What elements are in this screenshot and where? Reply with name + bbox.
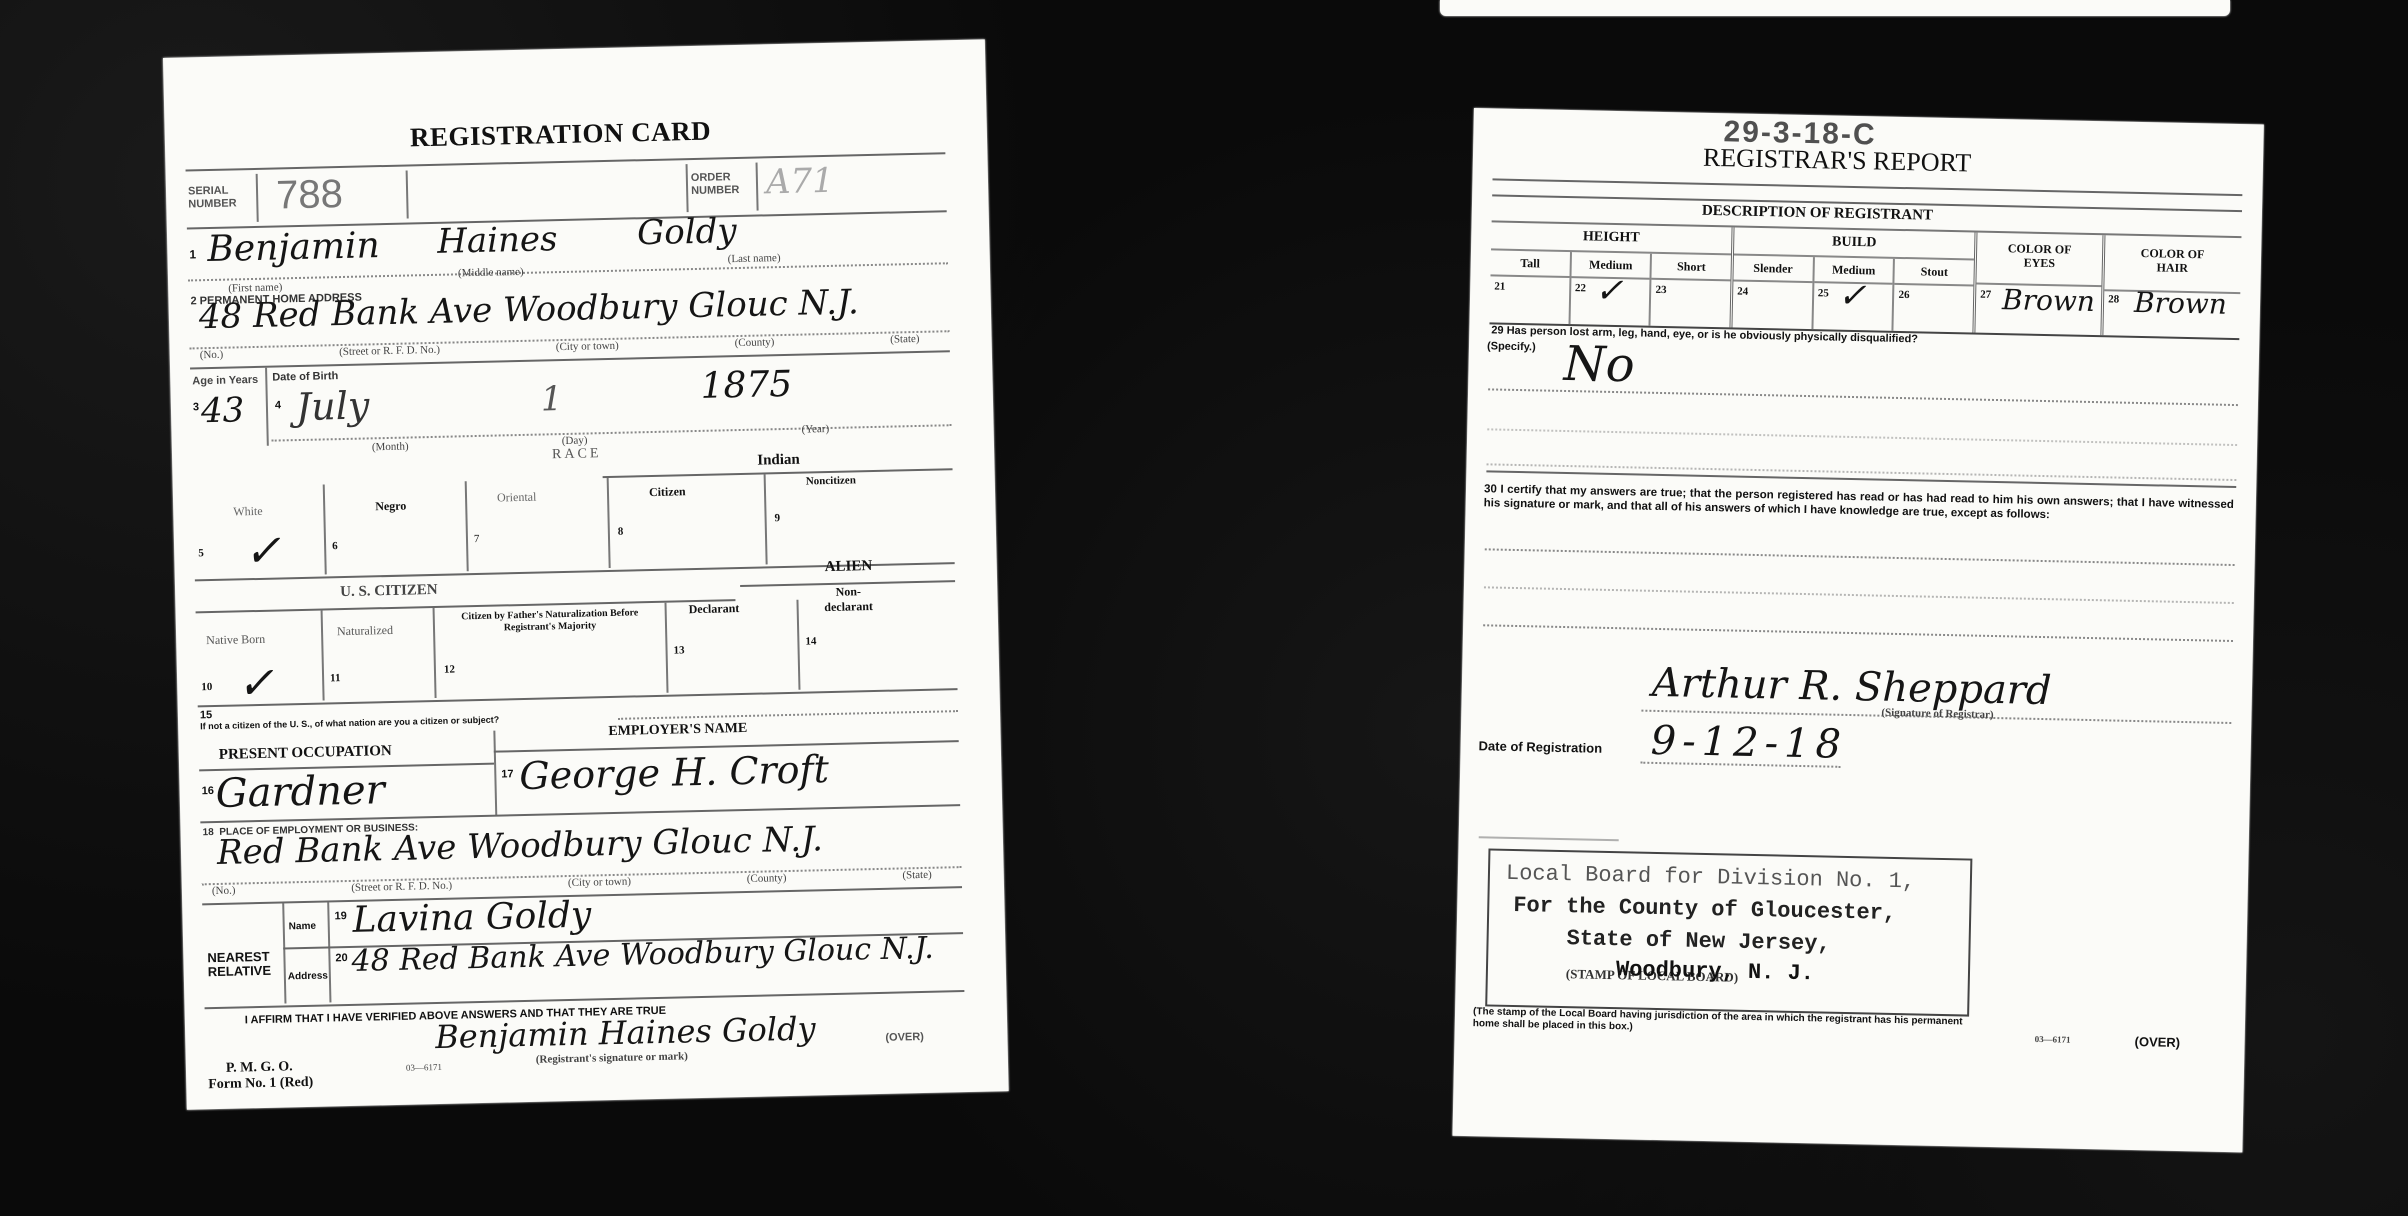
report-subtitle: DESCRIPTION OF REGISTRANT <box>1702 203 1933 225</box>
age-value: 43 <box>201 390 245 431</box>
build-slender: Slender 24 <box>1732 255 1814 329</box>
non-declarant: Non-declarant 14 <box>798 596 957 690</box>
order-number-label: ORDER NUMBER <box>691 171 752 198</box>
specify-label: (Specify.) <box>1487 340 1536 353</box>
registrar-signature: Arthur R. Sheppard <box>1652 660 2052 714</box>
height-medium: Medium 22 ✓ <box>1570 252 1652 326</box>
age-label: Age in Years <box>192 374 258 387</box>
dob-label: Date of Birth <box>272 370 338 383</box>
adjacent-card-edge <box>1440 0 2230 16</box>
native-born: Native Born 10 ✓ <box>196 611 325 704</box>
dob-month: July <box>295 383 369 429</box>
employer-value: George H. Croft <box>519 747 829 798</box>
height-tall: Tall 21 <box>1490 250 1572 324</box>
height-group: HEIGHT Tall 21 Medium 22 ✓ Short 23 <box>1490 222 1735 327</box>
relative-name-label: Name <box>289 921 316 933</box>
last-name-label: (Last name) <box>728 252 781 265</box>
card-title: REGISTRATION CARD <box>410 116 712 154</box>
dob-month-label: (Month) <box>372 441 409 454</box>
print-code: 03—6171 <box>406 1062 442 1073</box>
us-citizen-title: U. S. CITIZEN <box>340 582 438 601</box>
indian-label: Indian <box>757 452 800 470</box>
middle-name: Haines <box>437 219 558 262</box>
race-negro: Negro 6 <box>325 481 469 574</box>
serial-number-value: 788 <box>276 172 344 219</box>
eye-color: COLOR OF EYES 27 Brown <box>1975 233 2105 336</box>
declarant: Declarant 13 <box>666 600 800 693</box>
dob-day: 1 <box>540 379 563 419</box>
form-id-line2: Form No. 1 (Red) <box>208 1075 313 1093</box>
dob-year-label: (Year) <box>801 423 829 436</box>
report-over-label: (OVER) <box>2134 1034 2180 1050</box>
description-table: HEIGHT Tall 21 Medium 22 ✓ Short 23 BUIL… <box>1489 220 2241 340</box>
address-sub-labels: (No.) (Street or R. F. D. No.) (City or … <box>200 333 920 361</box>
order-number-value: A71 <box>766 161 835 203</box>
checkmark: ✓ <box>1837 276 1866 317</box>
report-print-code: 03—6171 <box>2035 1034 2071 1045</box>
race-indian-citizen: Citizen 8 <box>609 474 768 568</box>
certification-text: 30 I certify that my answers are true; t… <box>1484 482 2234 526</box>
registrars-report-card: 29-3-18-C REGISTRAR'S REPORT DESCRIPTION… <box>1452 108 2263 1152</box>
disqualified-answer: No <box>1563 336 1635 393</box>
race-indian-noncitizen: Noncitizen 9 <box>766 470 955 564</box>
registrar-signature-label: (Signature of Registrar) <box>1881 707 1993 721</box>
last-name: Goldy <box>637 211 737 253</box>
nation-question: If not a citizen of the U. S., of what n… <box>200 715 499 732</box>
registrant-signature: Benjamin Haines Goldy <box>435 1009 816 1056</box>
employment-sub-labels: (No.) (Street or R. F. D. No.) (City or … <box>212 869 932 897</box>
date-of-registration-label: Date of Registration <box>1478 738 1602 756</box>
first-name: Benjamin <box>207 225 380 270</box>
signature-label: (Registrant's signature or mark) <box>536 1050 688 1065</box>
checkmark: ✓ <box>244 525 282 577</box>
race-oriental: Oriental 7 <box>467 478 611 571</box>
date-of-registration-value: 9-12-18 <box>1650 718 1847 768</box>
over-label: (OVER) <box>885 1031 924 1044</box>
build-stout: Stout 26 <box>1894 259 1974 333</box>
checkmark: ✓ <box>237 658 275 710</box>
checkmark: ✓ <box>1594 271 1623 312</box>
height-short: Short 23 <box>1651 254 1731 328</box>
field-number: 3 <box>193 401 199 413</box>
field-number: 19 <box>334 910 347 922</box>
field-number: 1 <box>189 247 196 261</box>
employer-label: EMPLOYER'S NAME <box>608 721 747 740</box>
registration-card: REGISTRATION CARD SERIAL NUMBER 788 ORDE… <box>163 39 1009 1109</box>
field-number: 17 <box>501 768 514 780</box>
report-title: REGISTRAR'S REPORT <box>1703 143 1972 179</box>
field-number: 15 <box>200 709 213 721</box>
eye-color-value: Brown <box>2002 283 2095 318</box>
field-number: 4 <box>275 399 281 411</box>
hair-color-value: Brown <box>2134 286 2227 321</box>
build-group: BUILD Slender 24 Medium 25 ✓ Stout 26 <box>1732 227 1977 332</box>
field-number: 20 <box>335 952 348 964</box>
relative-address-label: Address <box>288 970 328 982</box>
form-id-line1: P. M. G. O. <box>226 1059 293 1077</box>
build-medium: Medium 25 ✓ <box>1813 257 1895 331</box>
home-address-value: 48 Red Bank Ave Woodbury Glouc N.J. <box>198 282 859 337</box>
hair-color: COLOR OF HAIR 28 Brown <box>2103 235 2241 338</box>
race-title: RACE <box>552 446 602 463</box>
race-white: White 5 ✓ <box>193 484 327 577</box>
dob-year: 1875 <box>700 364 793 407</box>
alien-title: ALIEN <box>825 558 873 576</box>
citizenship-table: Native Born 10 ✓ Naturalized 11 Citizen … <box>196 596 958 703</box>
middle-name-label: (Middle name) <box>458 266 524 279</box>
relative-name-value: Lavina Goldy <box>352 895 592 941</box>
nearest-relative-label: NEAREST RELATIVE <box>207 949 288 979</box>
occupation-label: PRESENT OCCUPATION <box>219 743 392 764</box>
dob-day-label: (Day) <box>562 434 588 447</box>
occupation-value: Gardner <box>215 767 385 817</box>
citizen-by-father: Citizen by Father's Naturalization Befor… <box>435 603 669 698</box>
serial-number-label: SERIAL NUMBER <box>188 184 254 211</box>
field-number: 16 <box>202 785 215 797</box>
stamp-line-4: Woodbury, N. J. <box>1616 957 1815 986</box>
naturalized: Naturalized 11 <box>323 608 437 701</box>
